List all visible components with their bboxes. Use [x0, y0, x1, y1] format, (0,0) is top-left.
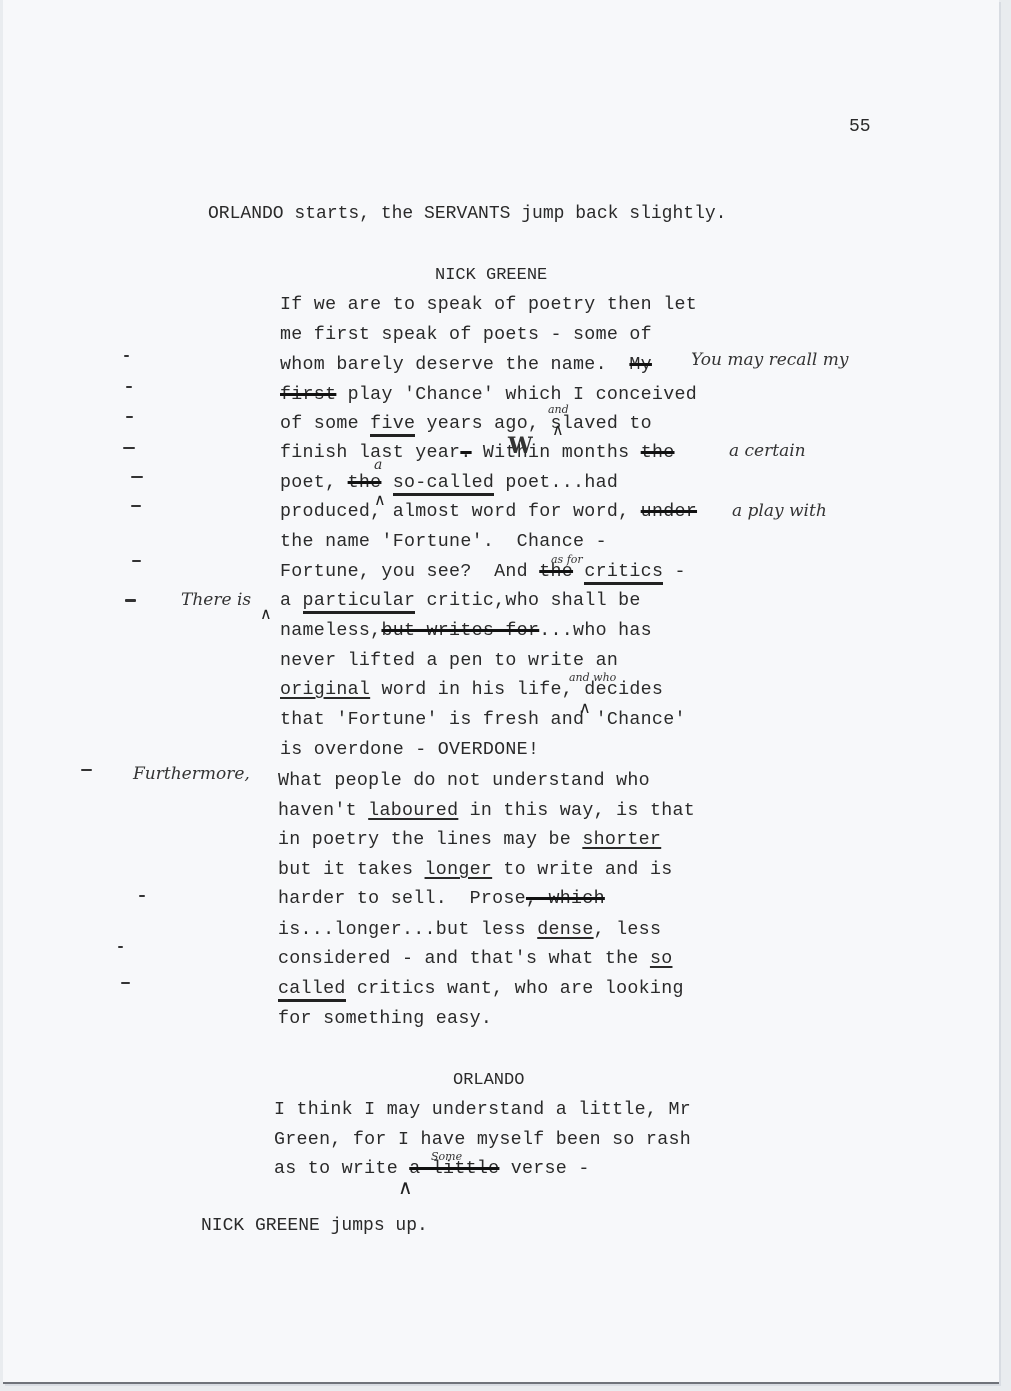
- underlined-text: critics: [584, 562, 663, 585]
- handwritten-insert: a certain: [729, 441, 806, 461]
- character-name-orlando: ORLANDO: [453, 1071, 524, 1090]
- underlined-text: laboured: [368, 801, 458, 821]
- underlined-text: dense: [537, 920, 593, 940]
- underlined-text: original: [280, 680, 370, 700]
- dialogue-line: first play 'Chance' which I conceived: [280, 385, 697, 405]
- dialogue-line: is overdone - OVERDONE!: [280, 740, 539, 760]
- struck-text: under: [641, 502, 697, 522]
- dialogue-line: nameless,but writes for...who has: [280, 621, 652, 641]
- dialogue-line: considered - and that's what the so: [278, 949, 672, 969]
- handwritten-capital: W: [508, 433, 533, 459]
- dialogue-line: I think I may understand a little, Mr: [274, 1100, 691, 1120]
- caret-mark-icon: ∧: [398, 1175, 413, 1199]
- dialogue-line: is...longer...but less dense, less: [278, 920, 661, 940]
- handwritten-insert: a: [374, 457, 382, 473]
- dialogue-line: whom barely deserve the name. My: [280, 355, 652, 375]
- margin-tick-icon: [123, 447, 135, 449]
- dialogue-line: Fortune, you see? And the critics -: [280, 562, 686, 582]
- margin-tick-icon: [131, 505, 141, 507]
- margin-tick-icon: [125, 599, 136, 602]
- margin-tick-icon: [131, 476, 143, 478]
- handwritten-insert: and: [548, 403, 569, 416]
- dialogue-line: that 'Fortune' is fresh and 'Chance': [280, 710, 686, 730]
- dialogue-line: the name 'Fortune'. Chance -: [280, 532, 607, 552]
- dialogue-line: If we are to speak of poetry then let: [280, 295, 697, 315]
- margin-tick-icon: [121, 982, 130, 984]
- stage-direction-top: ORLANDO starts, the SERVANTS jump back s…: [208, 204, 726, 224]
- dialogue-line: poet, the so-called poet...had: [280, 473, 618, 493]
- struck-text: first: [280, 385, 336, 405]
- script-page: 55 ORLANDO starts, the SERVANTS jump bac…: [3, 0, 999, 1384]
- handwritten-insert: and who: [569, 671, 616, 684]
- margin-tick-icon: [81, 769, 92, 771]
- stage-direction-bottom: NICK GREENE jumps up.: [201, 1216, 428, 1236]
- dialogue-line: in poetry the lines may be shorter: [278, 830, 661, 850]
- margin-tick-icon: [126, 386, 132, 388]
- handwritten-insert: There is: [181, 590, 251, 610]
- handwritten-insert: a play with: [732, 501, 827, 521]
- dialogue-line: haven't laboured in this way, is that: [278, 801, 695, 821]
- handwritten-insert: Furthermore,: [133, 764, 250, 784]
- dialogue-line: but it takes longer to write and is: [278, 860, 673, 880]
- margin-tick-icon: [118, 946, 123, 948]
- margin-tick-icon: [139, 895, 145, 897]
- handwritten-insert: You may recall my: [691, 350, 848, 370]
- margin-tick-icon: [132, 560, 141, 562]
- margin-tick-icon: [124, 355, 129, 357]
- margin-tick-icon: [126, 416, 133, 418]
- dialogue-line: produced, almost word for word, under: [280, 502, 697, 522]
- dialogue-line: for something easy.: [278, 1009, 492, 1029]
- underlined-text: particular: [303, 591, 416, 614]
- dialogue-line: of some five years ago, slaved to: [280, 414, 652, 434]
- dialogue-line: Green, for I have myself been so rash: [274, 1130, 691, 1150]
- underlined-text: called: [278, 979, 346, 1002]
- page-number: 55: [849, 117, 871, 137]
- underlined-text: longer: [425, 860, 493, 880]
- struck-text: the: [641, 443, 675, 463]
- dialogue-line: harder to sell. Prose, which: [278, 889, 605, 909]
- dialogue-line: a particular critic,who shall be: [280, 591, 641, 611]
- character-name-nick-greene: NICK GREENE: [435, 266, 547, 285]
- underlined-text: shorter: [582, 830, 661, 850]
- underlined-text: five: [370, 414, 415, 437]
- handwritten-insert: Some: [431, 1150, 462, 1163]
- struck-text: , which: [526, 889, 605, 909]
- struck-text: My: [629, 355, 652, 375]
- caret-mark-icon: ∧: [260, 604, 272, 623]
- dialogue-line: never lifted a pen to write an: [280, 651, 618, 671]
- handwritten-insert: as for: [551, 553, 583, 566]
- underlined-text: so: [650, 949, 673, 969]
- caret-mark-icon: ∧: [552, 420, 564, 439]
- dialogue-line: me first speak of poets - some of: [280, 325, 652, 345]
- dialogue-line: finish last year. Within months the: [280, 443, 675, 463]
- underlined-text: so-called: [393, 473, 494, 496]
- dialogue-line: What people do not understand who: [278, 771, 650, 791]
- dialogue-line: called critics want, who are looking: [278, 979, 684, 999]
- struck-text: but writes for: [381, 621, 539, 641]
